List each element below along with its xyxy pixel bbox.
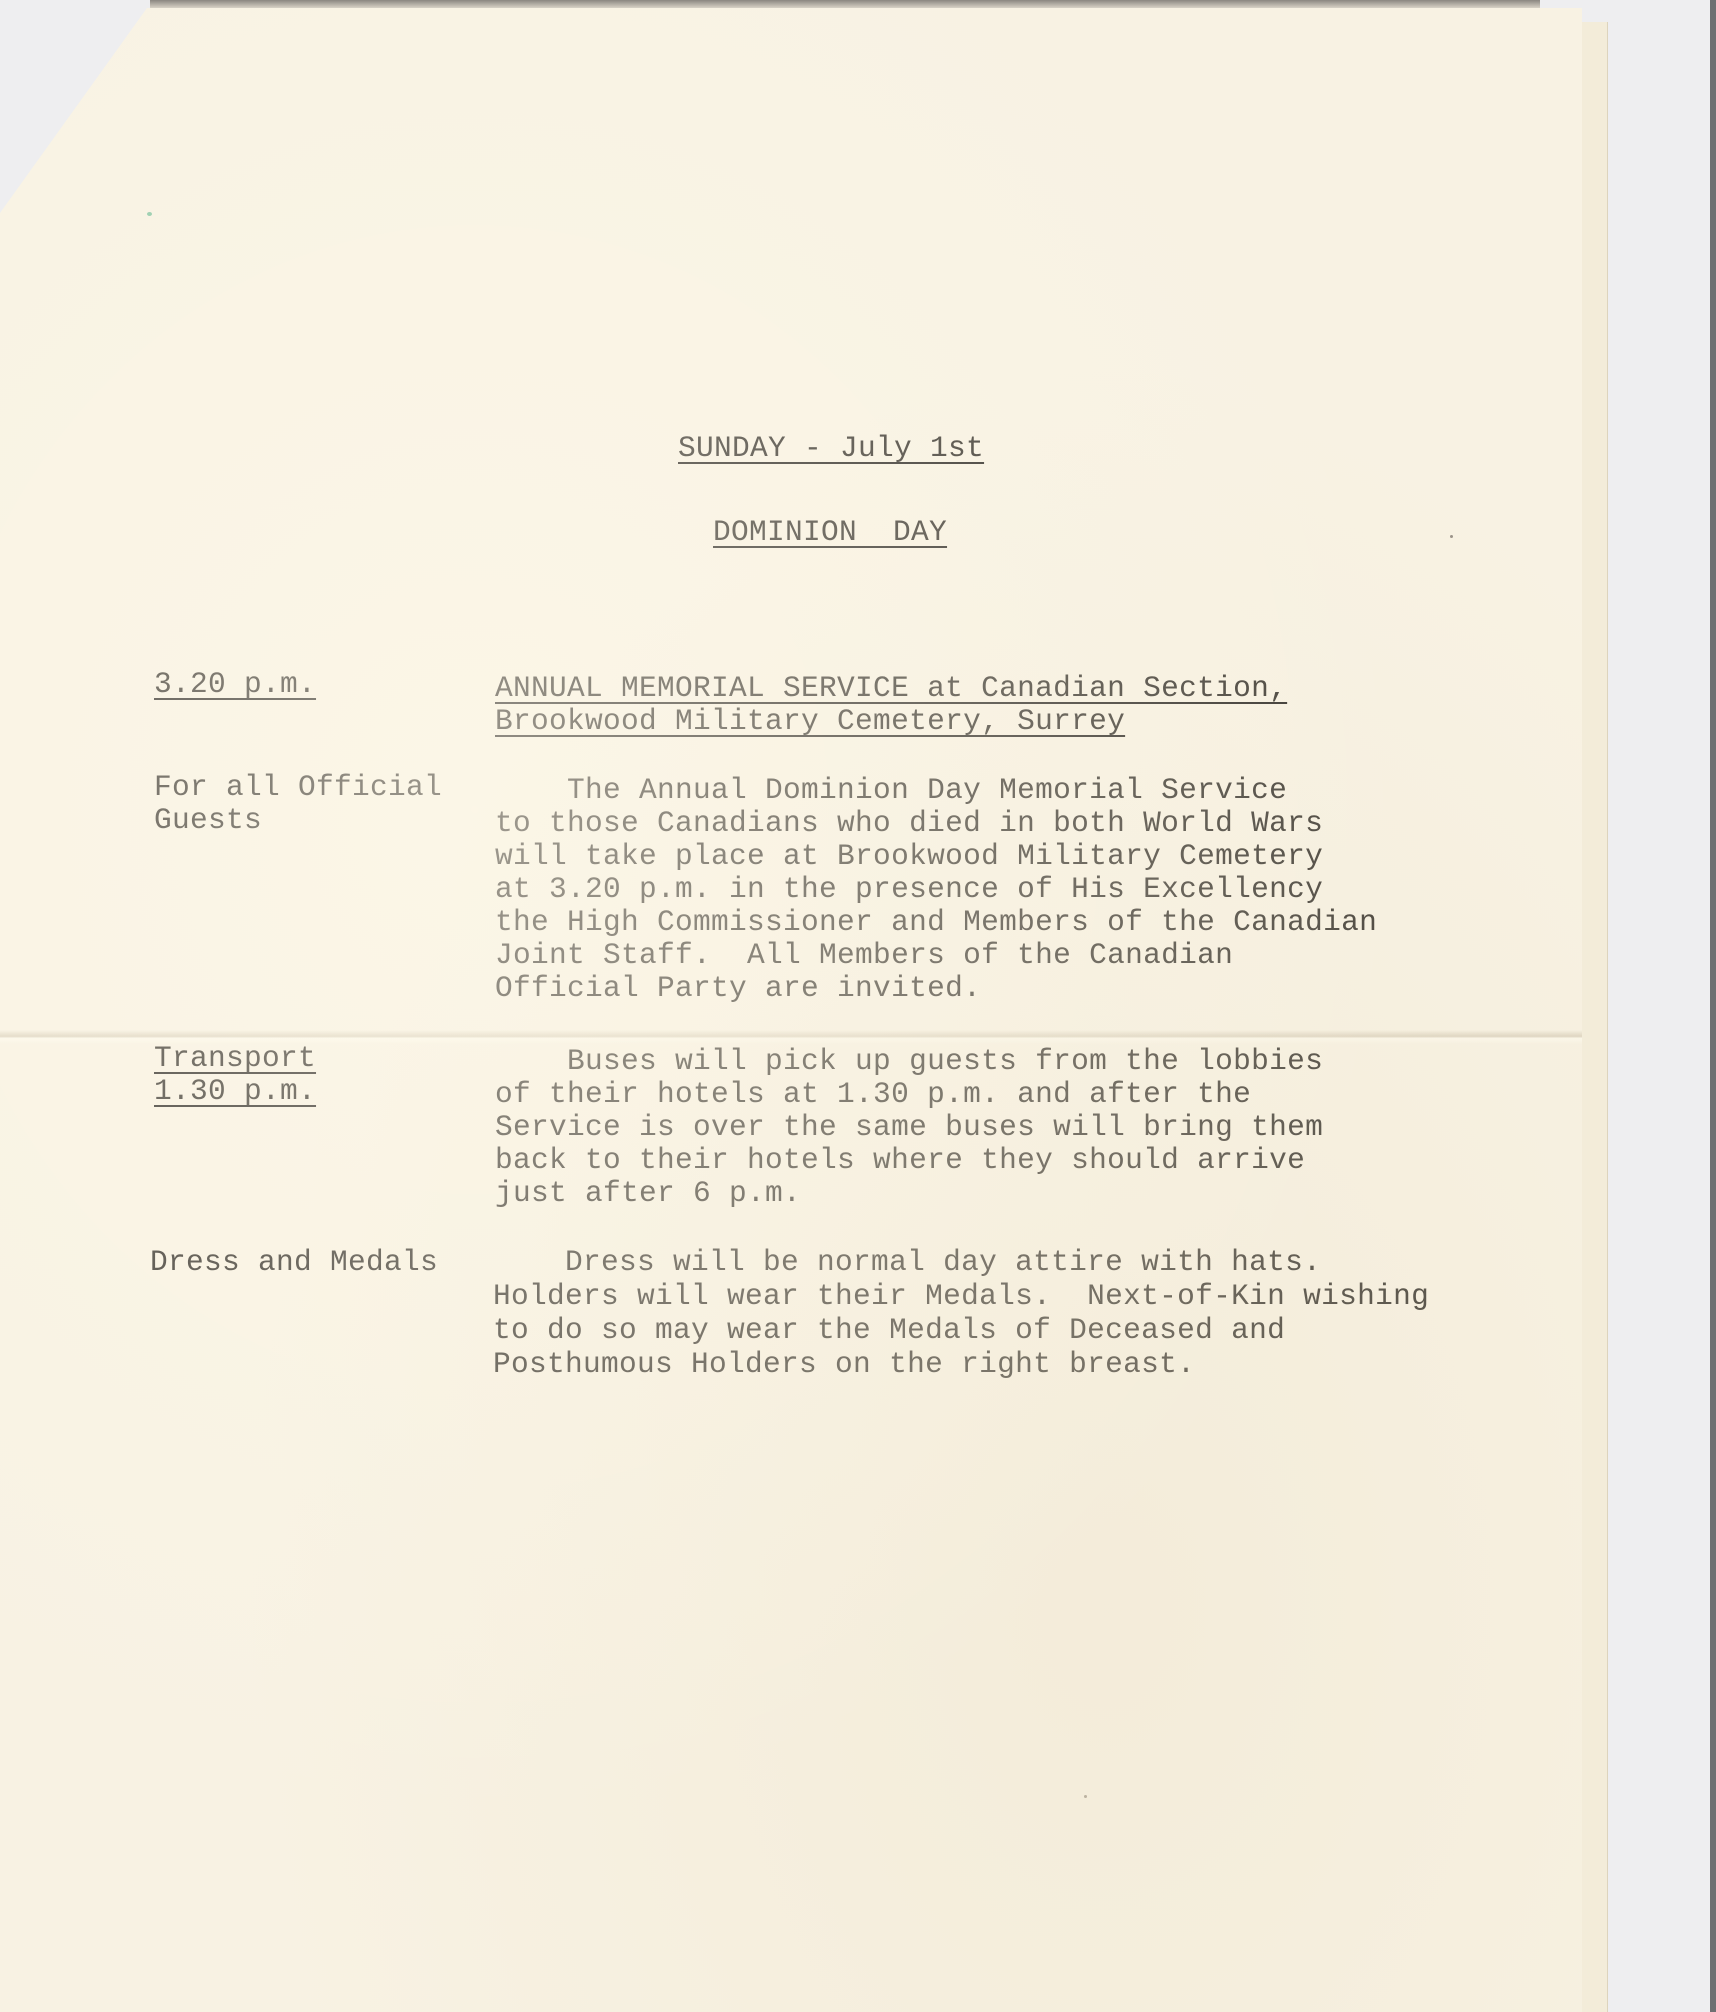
entry-label: Guests — [154, 804, 262, 837]
scanner-edge-top — [150, 0, 1540, 8]
entry-time-label: 3.20 p.m. — [154, 668, 316, 701]
body-line: The Annual Dominion Day Memorial Service — [495, 774, 1287, 807]
body-line: to do so may wear the Medals of Deceased… — [493, 1314, 1285, 1347]
body-line: of their hotels at 1.30 p.m. and after t… — [495, 1078, 1251, 1111]
body-line: the High Commissioner and Members of the… — [495, 906, 1377, 939]
heading-day: SUNDAY - July 1st — [678, 432, 984, 465]
body-line: Holders will wear their Medals. Next-of-… — [493, 1280, 1429, 1313]
body-line: Dress will be normal day attire with hat… — [493, 1246, 1321, 1279]
body-line: just after 6 p.m. — [495, 1177, 801, 1210]
scanner-edge-right — [1710, 0, 1716, 2012]
ink-speck — [1084, 1795, 1087, 1798]
entry-label: 1.30 p.m. — [154, 1075, 316, 1108]
ink-speck — [1450, 535, 1453, 538]
body-line: Posthumous Holders on the right breast. — [493, 1348, 1195, 1381]
body-line: at 3.20 p.m. in the presence of His Exce… — [495, 873, 1323, 906]
ink-speck — [147, 212, 152, 216]
body-line: Service is over the same buses will brin… — [495, 1111, 1323, 1144]
body-line: will take place at Brookwood Military Ce… — [495, 840, 1323, 873]
document-page: SUNDAY - July 1st DOMINION DAY 3.20 p.m.… — [0, 8, 1582, 2012]
entry-title-line: ANNUAL MEMORIAL SERVICE at Canadian Sect… — [495, 672, 1287, 705]
entry-title-line: Brookwood Military Cemetery, Surrey — [495, 705, 1125, 738]
body-line: to those Canadians who died in both Worl… — [495, 807, 1323, 840]
entry-label: Dress and Medals — [150, 1246, 438, 1279]
body-line: Joint Staff. All Members of the Canadian — [495, 939, 1233, 972]
body-line: Buses will pick up guests from the lobbi… — [495, 1045, 1323, 1078]
entry-label: Transport — [154, 1042, 316, 1075]
body-line: back to their hotels where they should a… — [495, 1144, 1305, 1177]
heading-occasion: DOMINION DAY — [713, 516, 947, 549]
entry-label: For all Official — [154, 771, 442, 804]
body-line: Official Party are invited. — [495, 972, 981, 1005]
